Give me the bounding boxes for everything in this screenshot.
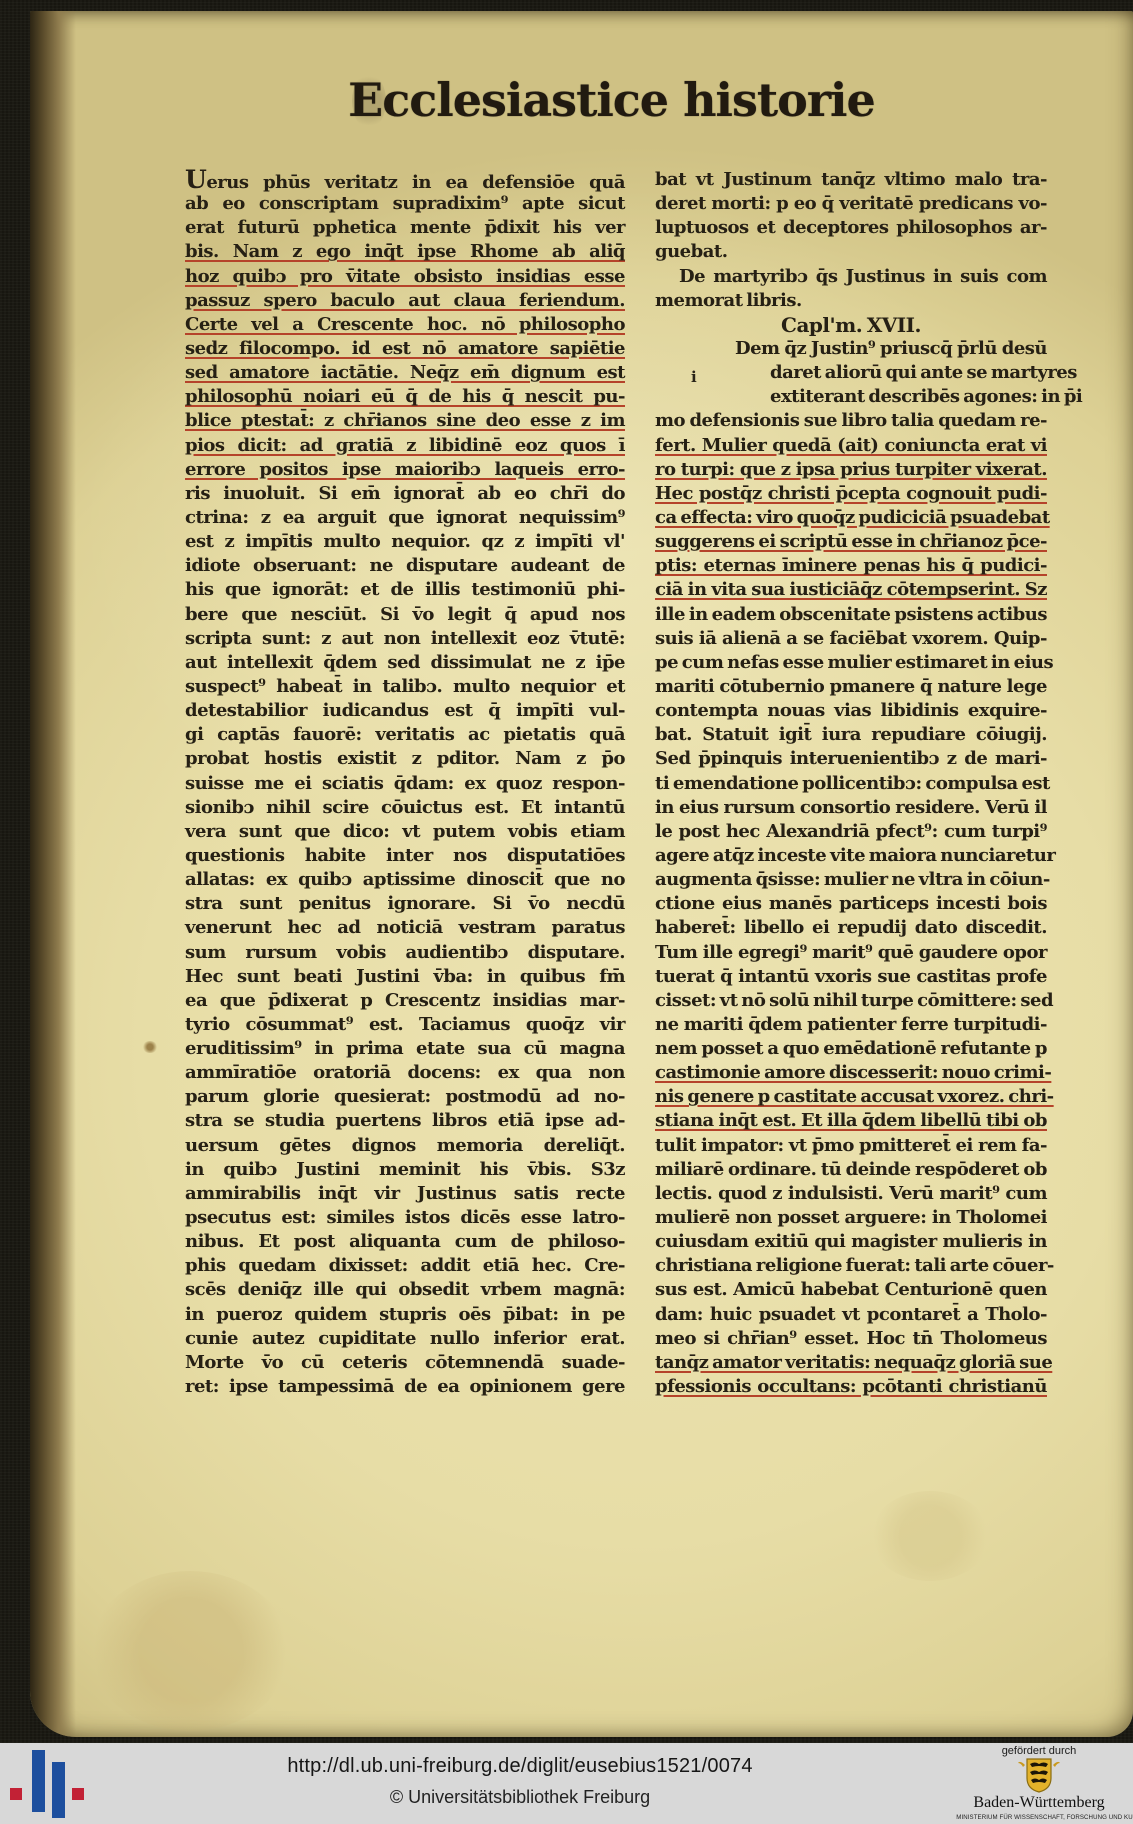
text-line: ris inuoluit. Si em̄ ignorat̄ ab eo chr̄… xyxy=(185,482,625,506)
text-line: haberet̄: libello ei repudij dato disced… xyxy=(655,916,1047,940)
text-line: sionibɔ nihil scire cōuictus est. Et int… xyxy=(185,796,625,820)
text-line: suis iā alienā a se faciēbat vxorem. Qui… xyxy=(655,627,1047,651)
paper-stain xyxy=(142,1041,158,1053)
text-line: allatas: ex quibɔ aptissime dinoscit̄ qu… xyxy=(185,868,625,892)
funder-name: Baden-Württemberg xyxy=(951,1794,1127,1812)
text-line: Certe vel a Crescente hoc. nō philosopho xyxy=(185,313,625,337)
baden-wuerttemberg-arms-icon xyxy=(1017,1758,1061,1794)
text-line: questionis habite inter nos disputatiōes xyxy=(185,844,625,868)
text-line: tuerat q̄ intantū vxoris sue castitas pr… xyxy=(655,965,1047,989)
text-line: stra sunt penitus ignorare. Si v̄o necdū xyxy=(185,892,625,916)
page-title: Ecclesiastice historie xyxy=(150,73,1073,127)
text-line: uersum gētes dignos memoria dereliq̄t. xyxy=(185,1134,625,1158)
book-page: Ecclesiastice historie Uerus phūs verita… xyxy=(30,11,1133,1737)
text-line: tyrio cōsummat⁹ est. Taciamus quoq̄z vir xyxy=(185,1013,625,1037)
text-line: sedz filocompo. id est nō amatore sapiēt… xyxy=(185,337,625,361)
text-line: nibus. Et post aliquanta cum de philoso- xyxy=(185,1230,625,1254)
text-line: sus est. Amicū habebat Centurionē quen xyxy=(655,1278,1047,1302)
text-line: lectis. quod z indulsisti. Verū marit⁹ c… xyxy=(655,1182,1047,1206)
text-line: sed amatore iactātie. Neq̄z em̄ dignum e… xyxy=(185,361,625,385)
text-line: ammirabilis inq̄t vir Justinus satis rec… xyxy=(185,1182,625,1206)
binding-shadow xyxy=(30,11,76,1737)
funding-label: gefördert durch xyxy=(951,1745,1127,1757)
footer-bar: http://dl.ub.uni-freiburg.de/diglit/euse… xyxy=(0,1743,1133,1824)
copyright-notice: © Universitätsbibliothek Freiburg xyxy=(0,1787,1040,1808)
text-line: memorat libris. xyxy=(655,289,1047,313)
text-line: luptuosos et deceptores philosophos ar- xyxy=(655,216,1047,240)
text-line: bere que nesciūt. Si v̄o legit q̄ apud n… xyxy=(185,603,625,627)
text-line: Capl'm. XVII. xyxy=(655,313,1047,337)
text-line: sum rursum vobis audientibɔ disputare. xyxy=(185,941,625,965)
text-line: in pueroz quidem stupris oēs p̄ibat: in … xyxy=(185,1303,625,1327)
text-line: cisset: vt nō solū nihil turpe cōmittere… xyxy=(655,989,1047,1013)
text-line: De martyribɔ q̄s Justinus in suis com xyxy=(679,265,1047,289)
text-line: scēs deniq̄z ille qui obsedit vrbem magn… xyxy=(185,1278,625,1302)
caption-block: http://dl.ub.uni-freiburg.de/diglit/euse… xyxy=(0,1743,1040,1824)
text-line: mulierē non posset arguere: in Tholomei xyxy=(655,1206,1047,1230)
text-line: nis genere p castitate accusat vxorez. c… xyxy=(655,1085,1047,1109)
text-line: mo defensionis sue libro talia quedam re… xyxy=(655,409,1047,433)
text-line: ille in eadem obscenitate psistens actib… xyxy=(655,603,1047,627)
text-line: Sed p̄pinquis interuenientibɔ z de mari- xyxy=(655,747,1047,771)
text-line: augmenta q̄sisse: mulier ne vltra in cōi… xyxy=(655,868,1047,892)
funding-badge: gefördert durch Baden-Württemberg MINIST… xyxy=(951,1745,1127,1821)
text-line: suisse me ei sciatis q̄dam: ex quoz resp… xyxy=(185,772,625,796)
text-line: bat vt Justinum tanq̄z vltimo malo tra- xyxy=(655,168,1047,192)
text-line: ea que p̄dixerat p Crescentz insidias ma… xyxy=(185,989,625,1013)
text-line: hoz quibɔ pro v̄itate obsisto insidias e… xyxy=(185,265,625,289)
text-line: in quibɔ Justini meminit his v̄bis. S3z xyxy=(185,1158,625,1182)
text-line: erat futurū pphetica mente p̄dixit his v… xyxy=(185,216,625,240)
text-line: eruditissim⁹ in prima etate sua cū magna xyxy=(185,1037,625,1061)
text-line: stiana inq̄t est. Et illa q̄dem libellū … xyxy=(655,1109,1047,1133)
text-line: vera sunt que dico: vt putem vobis etiam xyxy=(185,820,625,844)
funder-ministry: MINISTERIUM FÜR WISSENSCHAFT, FORSCHUNG … xyxy=(956,1814,1121,1821)
source-url: http://dl.ub.uni-freiburg.de/diglit/euse… xyxy=(0,1755,1040,1778)
text-line: cuiusdam exitiū qui magister mulieris in xyxy=(655,1230,1047,1254)
text-line: ammīratiōe oratoriā docens: ex qua non xyxy=(185,1061,625,1085)
text-line: passuz spero baculo aut claua feriendum. xyxy=(185,289,625,313)
text-line: ciā in vita sua iusticiāq̄z cōtempserint… xyxy=(655,578,1047,602)
text-line: stra se studia puertens libros etiā ipse… xyxy=(185,1109,625,1133)
text-line: castimonie amore discesserit: nouo crimi… xyxy=(655,1061,1047,1085)
guide-letter: i xyxy=(691,368,696,386)
text-line: est z impītis multo nequior. qz z impīti… xyxy=(185,530,625,554)
paper-stain xyxy=(90,1571,290,1731)
text-line: suggerens ei scriptū esse in chr̄ianoz p… xyxy=(655,530,1047,554)
text-line: christiana religione fuerat: tali arte c… xyxy=(655,1254,1047,1278)
text-column-right: i bat vt Justinum tanq̄z vltimo malo tra… xyxy=(655,168,1047,1399)
text-line: extiterant describēs agones: in p̄i xyxy=(770,385,1047,409)
text-line: bat. Statuit igit̄ iura repudiare cōiugi… xyxy=(655,723,1047,747)
text-line: pfessionis occultans: pcōtanti christian… xyxy=(655,1375,1047,1399)
text-line: psecutus est: similes istos dicēs esse l… xyxy=(185,1206,625,1230)
text-line: fert. Mulier quedā (ait) coniuncta erat … xyxy=(655,434,1047,458)
text-column-left: Uerus phūs veritatz in ea defensiōe quāa… xyxy=(185,168,625,1399)
text-line: cunie autez cupiditate nullo inferior er… xyxy=(185,1327,625,1351)
text-line: dam: huic psuadet vt pcontaret̄ a Tholo- xyxy=(655,1303,1047,1327)
text-line: deret morti: p eo q̄ veritatē predicans … xyxy=(655,192,1047,216)
text-line: probat hostis existit z pditor. Nam z p̄… xyxy=(185,747,625,771)
text-line: tanq̄z amator veritatis: nequaq̄z gloriā… xyxy=(655,1351,1047,1375)
text-line: ca effecta: viro quoq̄z pudiciciā psuade… xyxy=(655,506,1047,530)
text-line: philosophū noiari eū q̄ de his q̄ nescit… xyxy=(185,385,625,409)
text-line: nem posset a quo emēdationē refutante p xyxy=(655,1037,1047,1061)
text-line: bis. Nam z ego inq̄t ipse Rhome ab aliq̄ xyxy=(185,240,625,264)
text-line: miliarē ordinare. tū deinde respōderet o… xyxy=(655,1158,1047,1182)
text-line: Morte v̄o cū ceteris cōtemnendā suade- xyxy=(185,1351,625,1375)
text-line: parum glorie quesierat: postmodū ad no- xyxy=(185,1085,625,1109)
text-line: venerunt hec ad noticiā vestram paratus xyxy=(185,916,625,940)
text-line: guebat. xyxy=(655,240,1047,264)
text-line: idiote obseruant: ne disputare audeant d… xyxy=(185,554,625,578)
text-line: mariti cōtubernio pmanere q̄ nature lege xyxy=(655,675,1047,699)
text-line: his que ignorāt: et de illis testimoniū … xyxy=(185,578,625,602)
scan-background: Ecclesiastice historie Uerus phūs verita… xyxy=(0,0,1133,1824)
text-line: ro turpi: que z ipsa prius turpiter vixe… xyxy=(655,458,1047,482)
paper-stain xyxy=(870,1491,990,1581)
text-line: ti emendatione pollicentibɔ: compulsa es… xyxy=(655,772,1047,796)
text-line: meo si chr̄ian⁹ esset. Hoc tn̄ Tholomeus xyxy=(655,1327,1047,1351)
text-line: Tum ille egregi⁹ marit⁹ quē gaudere opor xyxy=(655,941,1047,965)
text-line: tulit impator: vt p̄mo pmitteret̄ ei rem… xyxy=(655,1134,1047,1158)
text-line: gi captās fauorē: veritatis ac pietatis … xyxy=(185,723,625,747)
text-line: Hec sunt beati Justini v̄ba: in quibus f… xyxy=(185,965,625,989)
text-line: ptis: eternas īminere penas his q̄ pudic… xyxy=(655,554,1047,578)
text-line: agere atq̄z inceste vite maiora nunciare… xyxy=(655,844,1047,868)
text-line: blice ptestat̄: z chr̄ianos sine deo ess… xyxy=(185,409,625,433)
text-line: aut intellexit q̄dem sed dissimulat ne z… xyxy=(185,651,625,675)
text-line: phis quedam dixisset: addit etiā hec. Cr… xyxy=(185,1254,625,1278)
text-line: Uerus phūs veritatz in ea defensiōe quā xyxy=(185,168,625,192)
text-line: ret: ipse tampessimā de ea opinionem ger… xyxy=(185,1375,625,1399)
text-line: scripta sunt: z aut non intellexit eoz v… xyxy=(185,627,625,651)
text-line: ctrina: z ea arguit que ignorat nequissi… xyxy=(185,506,625,530)
text-line: contempta nouas vias libidinis exquire- xyxy=(655,699,1047,723)
text-line: ctione eius manēs particeps incesti bois xyxy=(655,892,1047,916)
text-line: detestabilior iudicandus est q̄ impīti v… xyxy=(185,699,625,723)
text-block: Uerus phūs veritatz in ea defensiōe quāa… xyxy=(185,168,1047,1399)
text-line: errore positos ipse maioribɔ laqueis err… xyxy=(185,458,625,482)
text-line: in eius rursum consortio residere. Verū … xyxy=(655,796,1047,820)
text-line: daret aliorū qui ante se martyres xyxy=(770,361,1047,385)
text-line: le post hec Alexandriā pfect⁹: cum turpi… xyxy=(655,820,1047,844)
text-line: ab eo conscriptam supradixim⁹ apte sicut xyxy=(185,192,625,216)
text-line: pe cum nefas esse mulier estimaret in ei… xyxy=(655,651,1047,675)
text-line: Dem q̄z Justin⁹ priuscq̄ p̄rlū desū xyxy=(735,337,1047,361)
text-line: Hec postq̄z christi p̄cepta cognouit pud… xyxy=(655,482,1047,506)
text-line: suspect⁹ habeat̄ in talibɔ. multo nequio… xyxy=(185,675,625,699)
text-line: ne mariti q̄dem patienter ferre turpitud… xyxy=(655,1013,1047,1037)
text-line: pios dicit: ad gratiā z libidinē eoz quo… xyxy=(185,434,625,458)
